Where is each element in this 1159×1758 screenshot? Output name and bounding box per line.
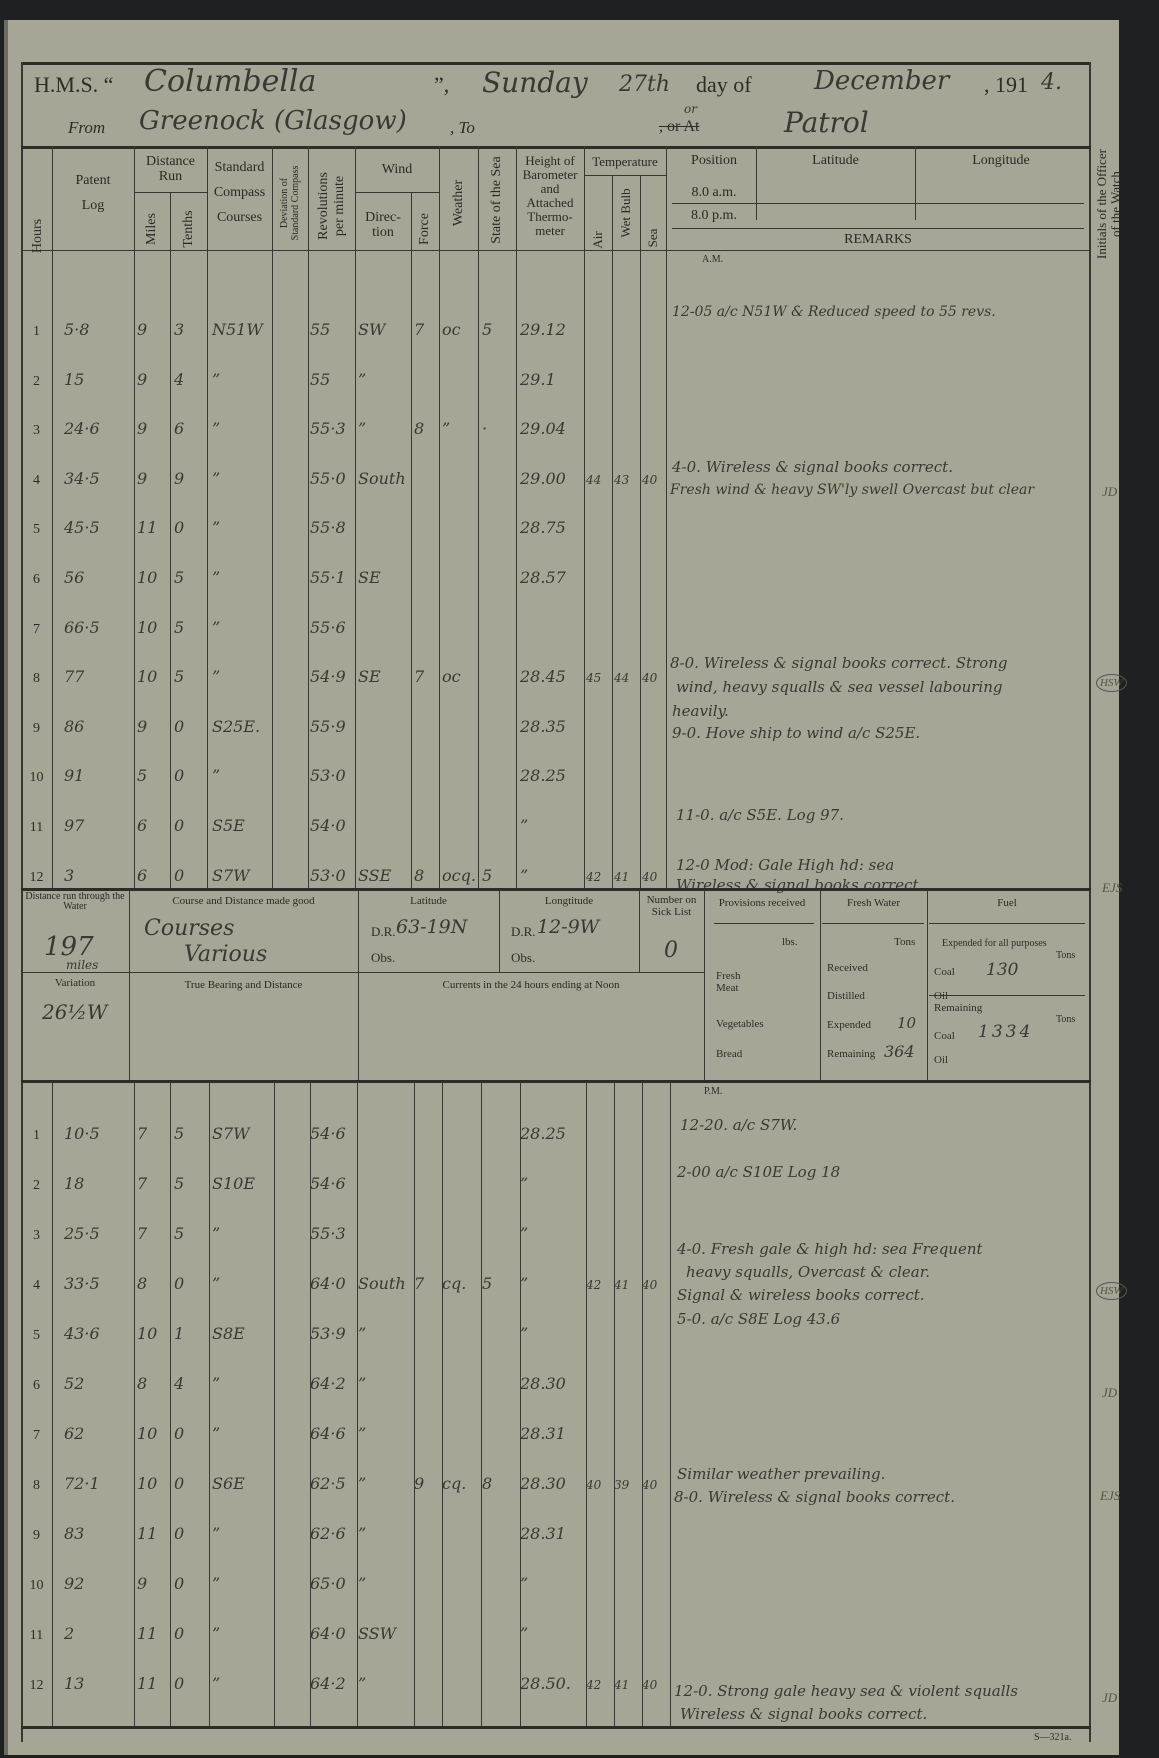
- cell-barometer: ”: [520, 866, 582, 885]
- cell-air: 42: [586, 1278, 612, 1292]
- fuel-label: Fuel: [927, 896, 1087, 911]
- initials-header: Initials of the Officer of the Watch: [1095, 129, 1123, 279]
- month: December: [814, 66, 949, 96]
- header-bottom: [21, 250, 1089, 251]
- cell-course: ”: [212, 1524, 272, 1543]
- variation-value: 26½W: [42, 1000, 107, 1024]
- cell-rev: 64·2: [310, 1374, 356, 1393]
- hour-number: 5: [21, 1328, 52, 1344]
- cell-barometer: 28.25: [520, 1124, 582, 1143]
- am-remark: wind, heavy squalls & sea vessel labouri…: [676, 678, 1002, 696]
- cell-barometer: 29.12: [520, 320, 582, 339]
- water-remaining-value: 364: [884, 1042, 915, 1061]
- cell-wind-dir: ”: [358, 419, 412, 438]
- cell-log: 13: [64, 1674, 124, 1693]
- log-page: H.M.S. “ Columbella ”, Sunday 27th day o…: [4, 20, 1119, 1755]
- cell-log: 72·1: [64, 1474, 124, 1493]
- cell-rev: 55·9: [310, 717, 356, 736]
- log-label: Log: [52, 198, 134, 213]
- am-remark: 12-05 a/c N51W & Reduced speed to 55 rev…: [672, 304, 996, 320]
- cell-rev: 64·0: [310, 1274, 356, 1293]
- direction-line2: tion: [355, 225, 411, 240]
- cell-course: ”: [212, 568, 272, 587]
- cell-miles: 8: [137, 1374, 167, 1393]
- cell-barometer: 29.1: [520, 370, 582, 389]
- cell-force: 8: [414, 866, 438, 885]
- coal-label: Coal: [934, 966, 955, 978]
- am-remark: 12-0 Mod: Gale High hd: sea: [676, 856, 894, 874]
- fuel-remaining-label: Remaining: [934, 1002, 982, 1014]
- cell-course: N51W: [212, 320, 272, 339]
- cell-wind-dir: South: [358, 469, 412, 488]
- barometer-line: Height of: [516, 154, 584, 168]
- cell-wind-dir: SE: [358, 667, 412, 686]
- cell-tenths: 0: [174, 1274, 204, 1293]
- cell-barometer: 29.00: [520, 469, 582, 488]
- hour-number: 7: [21, 622, 52, 638]
- hour-number: 11: [21, 1628, 52, 1644]
- cell-wind-dir: SE: [358, 568, 412, 587]
- col-line: [170, 192, 171, 888]
- cell-course: ”: [212, 766, 272, 785]
- patent-label: Patent: [52, 173, 134, 188]
- cell-course: ”: [212, 1574, 272, 1593]
- barometer-line: meter: [516, 224, 584, 238]
- col-line: [439, 146, 440, 888]
- cell-log: 83: [64, 1524, 124, 1543]
- lon-dr-label: D.R.: [511, 924, 536, 940]
- cell-course: S7W: [212, 1124, 272, 1143]
- cell-weather: cq.: [442, 1274, 478, 1293]
- coal-remaining-label: Coal: [934, 1030, 955, 1042]
- hour-number: 11: [21, 820, 52, 836]
- cell-tenths: 5: [174, 568, 204, 587]
- initials-mark: EJS: [1102, 880, 1122, 896]
- cell-weather: ”: [442, 419, 478, 438]
- am-remark: 11-0. a/c S5E. Log 97.: [676, 806, 844, 824]
- col-line: [308, 146, 309, 888]
- cell-course: ”: [212, 1224, 272, 1243]
- sick-list-value: 0: [664, 938, 678, 963]
- hour-number: 9: [21, 1528, 52, 1544]
- course-value-2: Various: [184, 942, 267, 967]
- cell-miles: 10: [137, 568, 167, 587]
- cell-tenths: 1: [174, 1324, 204, 1343]
- day-name: Sunday: [482, 66, 588, 99]
- cell-rev: 53·9: [310, 1324, 356, 1343]
- barometer-line: Barometer: [516, 168, 584, 182]
- cell-rev: 55·3: [310, 419, 356, 438]
- true-bearing-label: True Bearing and Distance: [129, 978, 358, 993]
- cell-rev: 55·3: [310, 1224, 356, 1243]
- day-number: 27th: [619, 72, 670, 97]
- cell-wind-dir: ”: [358, 370, 412, 389]
- cell-weather: cq.: [442, 1474, 478, 1493]
- initials-mark: JD: [1102, 484, 1117, 500]
- hour-number: 9: [21, 721, 52, 737]
- cell-air: 42: [586, 870, 612, 884]
- remarks-header: REMARKS: [672, 232, 1084, 247]
- hour-number: 6: [21, 1378, 52, 1394]
- hour-number: 6: [21, 572, 52, 588]
- cell-barometer: 29.04: [520, 419, 582, 438]
- water-remaining-label: Remaining: [827, 1048, 875, 1060]
- header-subrule: [672, 203, 1084, 204]
- pm-remark: Similar weather prevailing.: [677, 1465, 885, 1483]
- wet-bulb-header: Wet Bulb: [618, 183, 634, 243]
- cell-miles: 10: [137, 667, 167, 686]
- cell-wind-dir: SSE: [358, 866, 412, 885]
- cell-tenths: 0: [174, 866, 204, 885]
- cell-log: 62: [64, 1424, 124, 1443]
- initials-line1: Initials of the Officer: [1095, 129, 1109, 279]
- initials-mark: HSW: [1096, 674, 1127, 692]
- cell-wet: 41: [614, 870, 640, 884]
- run-label: Run: [134, 169, 207, 184]
- bread-label: Bread: [716, 1048, 742, 1060]
- coal-remaining-value: 1334: [978, 1022, 1033, 1042]
- distance-through-water-label: Distance run through the Water: [21, 892, 129, 912]
- deviation-header: Deviation of Standard Compass: [279, 153, 301, 253]
- cell-miles: 10: [137, 1324, 167, 1343]
- cell-tenths: 0: [174, 1624, 204, 1643]
- col-line: [584, 146, 585, 888]
- cell-log: 91: [64, 766, 124, 785]
- initials-mark: EJS: [1100, 1488, 1120, 1504]
- header-subrule: [134, 192, 207, 193]
- summary-line: [820, 890, 821, 1080]
- header-subrule: [672, 228, 1084, 229]
- cell-log: 97: [64, 816, 124, 835]
- deviation-line1: Deviation of: [279, 153, 290, 253]
- pm-remark: 5-0. a/c S8E Log 43.6: [677, 1310, 840, 1328]
- fuel-expended-label: Expended for all purposes: [942, 938, 1047, 949]
- pm-remark: heavy squalls, Overcast & clear.: [686, 1263, 930, 1281]
- cell-sea: 40: [642, 1478, 668, 1492]
- frame-top: [21, 62, 1091, 65]
- cell-log: 52: [64, 1374, 124, 1393]
- cell-barometer: 28.35: [520, 717, 582, 736]
- cell-rev: 65·0: [310, 1574, 356, 1593]
- cell-tenths: 4: [174, 370, 204, 389]
- cell-log: 86: [64, 717, 124, 736]
- cell-log: 3: [64, 866, 124, 885]
- or-at-label: , or At: [659, 118, 699, 136]
- col-line: [666, 146, 667, 888]
- pm-top: [21, 1080, 1091, 1083]
- cell-sea: 40: [642, 671, 668, 685]
- cell-rev: 54·0: [310, 816, 356, 835]
- sick-list-label: Number on Sick List: [639, 894, 704, 918]
- hour-number: 12: [21, 870, 52, 886]
- cell-weather: oc: [442, 320, 478, 339]
- cell-miles: 11: [137, 518, 167, 537]
- cell-barometer: 28.30: [520, 1474, 582, 1493]
- cell-miles: 11: [137, 1624, 167, 1643]
- fresh-water-label: Fresh Water: [820, 896, 927, 911]
- col-line: [134, 1082, 135, 1728]
- cell-miles: 8: [137, 1274, 167, 1293]
- col-line: [516, 146, 517, 888]
- cell-course: ”: [212, 469, 272, 488]
- force-header: Force: [417, 209, 433, 249]
- vegetables-label: Vegetables: [716, 1018, 764, 1030]
- summary-line: [704, 890, 705, 1080]
- col-line: [614, 1082, 615, 1728]
- revolutions-header: Revolutions per minute: [316, 156, 348, 256]
- col-line: [134, 146, 135, 888]
- cell-tenths: 0: [174, 766, 204, 785]
- sea-temp-header: Sea: [645, 218, 661, 258]
- cell-log: 92: [64, 1574, 124, 1593]
- cell-barometer: 28.57: [520, 568, 582, 587]
- summary-sub: [929, 995, 1085, 996]
- cell-wet: 43: [614, 473, 640, 487]
- cell-sea: 40: [642, 473, 668, 487]
- initials-line2: of the Watch: [1109, 129, 1123, 279]
- water-expended-value: 10: [897, 1014, 916, 1032]
- cell-tenths: 5: [174, 1224, 204, 1243]
- am-label: A.M.: [702, 254, 723, 265]
- am-remark: 8-0. Wireless & signal books correct. St…: [670, 654, 1008, 672]
- cell-sea: 40: [642, 870, 668, 884]
- cell-force: 7: [414, 667, 438, 686]
- cell-barometer: ”: [520, 1324, 582, 1343]
- cell-wind-dir: ”: [358, 1324, 412, 1343]
- cell-barometer: ”: [520, 1574, 582, 1593]
- miles-header: Miles: [144, 209, 160, 249]
- cell-barometer: ”: [520, 816, 582, 835]
- cell-log: 56: [64, 568, 124, 587]
- cell-course: ”: [212, 667, 272, 686]
- cell-weather: ocq.: [442, 866, 478, 885]
- pm-remark: 4-0. Fresh gale & high hd: sea Frequent: [677, 1240, 983, 1258]
- cell-course: ”: [212, 1274, 272, 1293]
- cell-miles: 7: [137, 1124, 167, 1143]
- deviation-line2: Standard Compass: [290, 153, 301, 253]
- cell-tenths: 0: [174, 816, 204, 835]
- cell-sea-state: 5: [482, 866, 514, 885]
- cell-wind-dir: SSW: [358, 1624, 412, 1643]
- initials-mark: JD: [1102, 1690, 1117, 1706]
- col-line: [272, 146, 273, 888]
- to-label: , To: [450, 118, 475, 138]
- distance-unit: miles: [66, 958, 98, 972]
- summary-longitude-label: Longtitude: [499, 894, 639, 909]
- cell-barometer: ”: [520, 1274, 582, 1293]
- cell-rev: 54·6: [310, 1124, 356, 1143]
- cell-course: ”: [212, 1624, 272, 1643]
- compass-label: Compass: [207, 185, 272, 200]
- weather-header: Weather: [451, 173, 467, 233]
- cell-air: 44: [586, 473, 612, 487]
- fuel-tons-label: Tons: [1056, 950, 1075, 961]
- cell-tenths: 5: [174, 667, 204, 686]
- cell-rev: 64·2: [310, 1674, 356, 1693]
- direction-line1: Direc-: [355, 210, 411, 225]
- cell-wet: 41: [614, 1678, 640, 1692]
- col-line: [612, 175, 613, 888]
- col-line: [207, 146, 208, 888]
- cell-barometer: 28.45: [520, 667, 582, 686]
- cell-course: ”: [212, 518, 272, 537]
- cell-log: 34·5: [64, 469, 124, 488]
- courses-label: Courses: [207, 210, 272, 225]
- cell-miles: 6: [137, 816, 167, 835]
- barometer-line: Thermo-: [516, 210, 584, 224]
- cell-sea-state: 8: [482, 1474, 514, 1493]
- wind-direction-header: Direc- tion: [355, 210, 411, 240]
- hour-number: 2: [21, 1178, 52, 1194]
- course-value-1: Courses: [144, 916, 234, 941]
- day-of-label: day of: [696, 72, 752, 98]
- cell-miles: 10: [137, 618, 167, 637]
- cell-log: 18: [64, 1174, 124, 1193]
- col-line: [642, 1082, 643, 1728]
- compass-courses-header: Standard Compass Courses: [207, 160, 272, 225]
- col-line: [586, 1082, 587, 1728]
- cell-miles: 9: [137, 370, 167, 389]
- cell-sea-state: 5: [482, 1274, 514, 1293]
- hour-number: 1: [21, 1128, 52, 1144]
- water-expended-label: Expended: [827, 1019, 871, 1031]
- hour-number: 3: [21, 1228, 52, 1244]
- hour-number: 4: [21, 473, 52, 489]
- cell-tenths: 0: [174, 1574, 204, 1593]
- hour-number: 12: [21, 1678, 52, 1694]
- cell-sea: 40: [642, 1678, 668, 1692]
- cell-log: 10·5: [64, 1124, 124, 1143]
- cell-barometer: ”: [520, 1224, 582, 1243]
- cell-tenths: 0: [174, 1474, 204, 1493]
- oil-label: Oil: [934, 990, 948, 1002]
- cell-tenths: 6: [174, 419, 204, 438]
- cell-tenths: 5: [174, 618, 204, 637]
- pm-label: P.M.: [704, 1086, 722, 1097]
- header-subrule: [355, 192, 439, 193]
- cell-barometer: 28.30: [520, 1374, 582, 1393]
- cell-course: S5E: [212, 816, 272, 835]
- frame-bottom: [21, 1726, 1091, 1729]
- cell-wind-dir: ”: [358, 1374, 412, 1393]
- cell-wet: 44: [614, 671, 640, 685]
- year-suffix: 4.: [1041, 70, 1062, 95]
- hour-number: 8: [21, 671, 52, 687]
- cell-rev: 64·0: [310, 1624, 356, 1643]
- header-subrule: [584, 175, 666, 176]
- am-remark: Wireless & signal books correct.: [676, 876, 923, 894]
- cell-tenths: 4: [174, 1374, 204, 1393]
- cell-tenths: 9: [174, 469, 204, 488]
- summary-latitude-label: Latitude: [358, 894, 499, 909]
- cell-log: 45·5: [64, 518, 124, 537]
- cell-barometer: ”: [520, 1624, 582, 1643]
- hour-number: 8: [21, 1478, 52, 1494]
- from-label: From: [68, 118, 105, 138]
- frame-right: [1089, 62, 1091, 1742]
- pm-remark: 8-0. Wireless & signal books correct.: [674, 1488, 955, 1506]
- lat-dr-label: D.R.: [371, 924, 396, 940]
- lon-dr-value: 12-9W: [537, 916, 599, 938]
- cell-force: 7: [414, 1274, 438, 1293]
- standard-label: Standard: [207, 160, 272, 175]
- cell-barometer: 28.50.: [520, 1674, 582, 1693]
- cell-rev: 54·6: [310, 1174, 356, 1193]
- cell-course: S25E.: [212, 717, 272, 736]
- latitude-header: Latitude: [756, 153, 915, 168]
- revolutions-line2: per minute: [332, 156, 348, 256]
- pm-remark: 12-20. a/c S7W.: [680, 1116, 797, 1134]
- cell-barometer: 28.75: [520, 518, 582, 537]
- revolutions-line1: Revolutions: [316, 156, 332, 256]
- summary-sub: [822, 923, 924, 924]
- cell-miles: 7: [137, 1224, 167, 1243]
- hour-number: 3: [21, 423, 52, 439]
- cell-rev: 64·6: [310, 1424, 356, 1443]
- cell-air: 45: [586, 671, 612, 685]
- cell-rev: 55·8: [310, 518, 356, 537]
- hour-number: 1: [21, 324, 52, 340]
- pm-remark: 2-00 a/c S10E Log 18: [677, 1163, 840, 1181]
- cell-course: ”: [212, 1424, 272, 1443]
- cell-barometer: 28.31: [520, 1524, 582, 1543]
- cell-miles: 9: [137, 469, 167, 488]
- col-line: [670, 1082, 671, 1728]
- cell-rev: 54·9: [310, 667, 356, 686]
- position-pm: 8.0 p.m.: [672, 208, 756, 223]
- page-spine: [4, 20, 8, 1755]
- hms-label: H.M.S. “: [34, 72, 113, 98]
- cell-tenths: 3: [174, 320, 204, 339]
- fuel-remaining-tons-label: Tons: [1056, 1014, 1075, 1025]
- cell-force: 8: [414, 419, 438, 438]
- cell-tenths: 0: [174, 717, 204, 736]
- or-correction: or: [684, 102, 697, 116]
- close-quote: ”,: [434, 72, 449, 98]
- cell-course: ”: [212, 419, 272, 438]
- summary-top: [21, 888, 1091, 891]
- hour-number: 10: [21, 1578, 52, 1594]
- from-place: Greenock (Glasgow): [139, 106, 407, 136]
- cell-rev: 55·1: [310, 568, 356, 587]
- summary-mid: [21, 972, 704, 973]
- barometer-line: Attached: [516, 196, 584, 210]
- lat-dr-value: 63-19N: [396, 916, 467, 938]
- hour-number: 4: [21, 1278, 52, 1294]
- cell-rev: 62·6: [310, 1524, 356, 1543]
- cell-wet: 41: [614, 1278, 640, 1292]
- cell-sea-state: 5: [482, 320, 514, 339]
- col-line: [481, 1082, 482, 1728]
- water-tons-label: Tons: [894, 936, 915, 948]
- longitude-header: Longitude: [915, 153, 1087, 168]
- cell-wind-dir: ”: [358, 1424, 412, 1443]
- cell-course: S10E: [212, 1174, 272, 1193]
- form-number: S—321a.: [1034, 1732, 1072, 1743]
- cell-log: 25·5: [64, 1224, 124, 1243]
- cell-rev: 53·0: [310, 766, 356, 785]
- water-distilled-label: Distilled: [827, 990, 865, 1002]
- ship-name: Columbella: [144, 64, 316, 99]
- cell-barometer: 28.25: [520, 766, 582, 785]
- cell-rev: 53·0: [310, 866, 356, 885]
- cell-barometer: ”: [520, 1174, 582, 1193]
- cell-miles: 9: [137, 1574, 167, 1593]
- barometer-line: and: [516, 182, 584, 196]
- cell-course: S8E: [212, 1324, 272, 1343]
- cell-log: 24·6: [64, 419, 124, 438]
- col-line: [411, 192, 412, 888]
